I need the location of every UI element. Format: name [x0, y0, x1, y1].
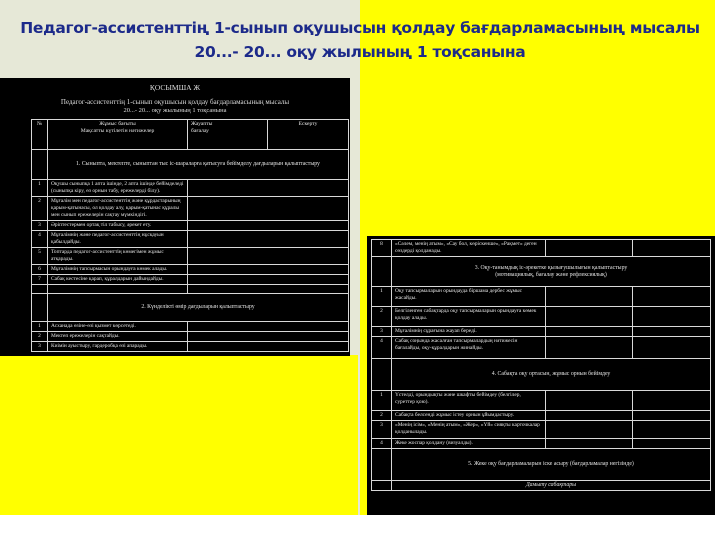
- table-row: 3Мұғалімнің сұрағына жауап береді.: [372, 327, 711, 337]
- table-row: 4Сабақ соңында жасалған тапсырмалардың н…: [372, 337, 711, 359]
- footer-row-label: Дамыту сабақтары: [392, 481, 711, 491]
- table-row: 8 «Сәлем, менің атым», «Сау бол, көріске…: [372, 240, 711, 257]
- section-row: 2. Күнделікті өмір дағдыларын қалыптасты…: [32, 294, 349, 322]
- table-row: 4Жеке жоспар қолдану (визуалды).: [372, 439, 711, 449]
- scan-caption-line1: Педагог-ассистенттің 1-сынып оқушысын қо…: [0, 98, 350, 106]
- header-num: №: [32, 120, 48, 150]
- program-table-left: № Жұмыс бағыты Мақсатты күтілетін нәтиже…: [31, 119, 349, 352]
- section-4-title: 4. Сабақта оқу ортасын, жұмыс орнын бейі…: [392, 359, 711, 391]
- table-row: 5Топтарда педагог-ассистенттің көмегімен…: [32, 248, 349, 265]
- slide-title-line2: 20...- 20... оқу жылының 1 тоқсанына: [0, 40, 720, 64]
- table-row: 3Киімін ауыстыру, гардеробқа өзі апарады…: [32, 342, 349, 352]
- table-row: 3Әріптестермен ортақ тіл табысу, әрекет …: [32, 221, 349, 231]
- table-row-empty: [32, 285, 349, 294]
- program-table-right: 8 «Сәлем, менің атым», «Сау бол, көріске…: [371, 239, 711, 491]
- appendix-label: ҚОСЫМША Ж: [0, 83, 350, 92]
- section-row: 1. Сыныпта, мектепте, сыныптан тыс іс-ша…: [32, 150, 349, 180]
- table-row: 1Оқушы сыныпқа 1 апта ішінде, 2 апта іші…: [32, 180, 349, 197]
- section-row: 5. Жеке оқу бағдарламаларын іске асыру (…: [372, 449, 711, 481]
- slide-background-bottom: [0, 515, 720, 540]
- slide-title-line1: Педагог-ассистенттің 1-сынып оқушысын қо…: [0, 16, 720, 40]
- table-row: 2Мектеп ережелерін сақтайды.: [32, 332, 349, 342]
- footer-row: Дамыту сабақтары: [372, 481, 711, 491]
- slide-background-yellow-panel: [0, 355, 358, 515]
- table-row: 2Сабақта белсенді жұмыс істеу орнын ұйым…: [372, 411, 711, 421]
- scanned-table-left: ҚОСЫМША Ж Педагог-ассистенттің 1-сынып о…: [0, 78, 350, 356]
- table-header-row: № Жұмыс бағыты Мақсатты күтілетін нәтиже…: [32, 120, 349, 150]
- table-row: 2Белгіленген сабақтарда оқу тапсырмалары…: [372, 307, 711, 327]
- table-row: 1Оқу тапсырмаларын орындауда біршама дер…: [372, 287, 711, 307]
- section-2-title: 2. Күнделікті өмір дағдыларын қалыптасты…: [48, 294, 349, 322]
- section-5-title: 5. Жеке оқу бағдарламаларын іске асыру (…: [392, 449, 711, 481]
- table-row: 4Мұғалімнің және педагог-ассистенттің нұ…: [32, 231, 349, 248]
- table-row: 2Мұғалім мен педагог-ассистенттің және қ…: [32, 197, 349, 221]
- section-1-title: 1. Сыныпта, мектепте, сыныптан тыс іс-ша…: [48, 150, 349, 180]
- header-note: Ескерту: [268, 120, 349, 150]
- table-row: 3«Менің ісім», «Менің атым», «Жер», «Үй»…: [372, 421, 711, 439]
- table-row: 6Мұғалімнің тапсырмасын орындауға көмек …: [32, 265, 349, 275]
- table-row: 1Асханада өзіне-өзі қызмет көрсетеді.: [32, 322, 349, 332]
- header-responsible: Жауапты бағалау: [188, 120, 268, 150]
- slide-title: Педагог-ассистенттің 1-сынып оқушысын қо…: [0, 16, 720, 64]
- scan-caption-line2: 20...- 20... оқу жылының 1 тоқсанына: [0, 107, 350, 114]
- section-row: 4. Сабақта оқу ортасын, жұмыс орнын бейі…: [372, 359, 711, 391]
- table-row: 1Үстелді, орындықты және шкафты бейімдеу…: [372, 391, 711, 411]
- header-task: Жұмыс бағыты Мақсатты күтілетін нәтижеле…: [48, 120, 188, 150]
- scanned-table-right: 8 «Сәлем, менің атым», «Сау бол, көріске…: [367, 236, 715, 515]
- section-row: 3. Оқу-танымдық іс-әрекетке қызығушылығы…: [372, 257, 711, 287]
- table-row: 7Сабақ кестесіне қарап, құралдарын дайын…: [32, 275, 349, 285]
- section-3-title: 3. Оқу-танымдық іс-әрекетке қызығушылығы…: [392, 257, 711, 287]
